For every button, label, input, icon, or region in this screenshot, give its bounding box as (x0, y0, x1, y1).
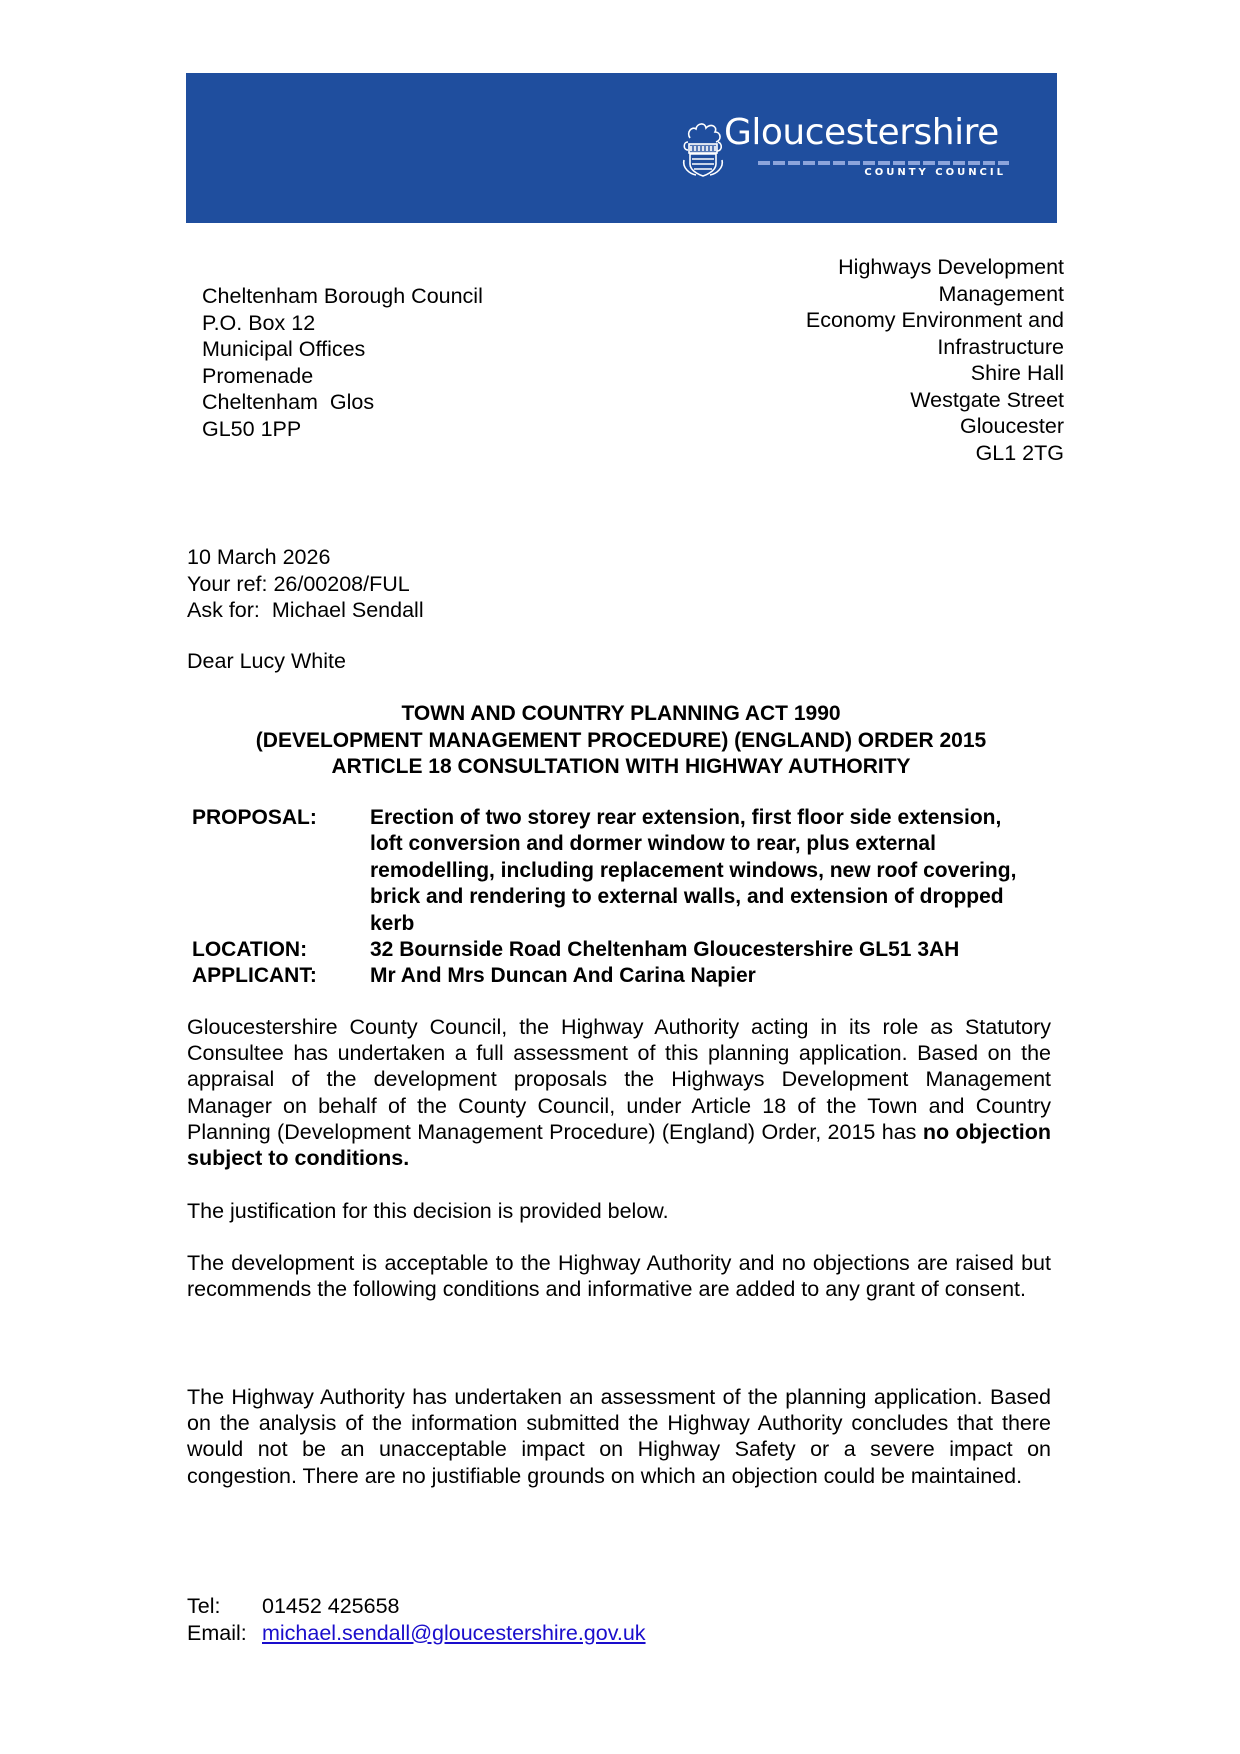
letter-meta: 10 March 2026 Your ref: 26/00208/FUL Ask… (187, 544, 424, 624)
contact-details: Tel: 01452 425658 Email: michael.sendall… (187, 1593, 646, 1646)
contact-person: Ask for: Michael Sendall (187, 597, 424, 624)
detail-row-applicant: APPLICANT: Mr And Mrs Duncan And Carina … (192, 963, 1052, 989)
organisation-subtitle: COUNTY COUNCIL (864, 167, 1006, 178)
recipient-address: Cheltenham Borough Council P.O. Box 12 M… (202, 283, 483, 442)
letter-heading: TOWN AND COUNTRY PLANNING ACT 1990 (DEVE… (186, 701, 1056, 781)
recipient-address-line: Cheltenham Borough Council (202, 283, 483, 310)
detail-row-location: LOCATION: 32 Bournside Road Cheltenham G… (192, 937, 1052, 963)
detail-value: Mr And Mrs Duncan And Carina Napier (370, 963, 1020, 989)
sender-address-line: GL1 2TG (806, 440, 1064, 467)
recipient-address-line: P.O. Box 12 (202, 310, 483, 337)
sender-address-line: Management (806, 281, 1064, 308)
detail-value: 32 Bournside Road Cheltenham Gloucesters… (370, 937, 1020, 963)
letter-date: 10 March 2026 (187, 544, 424, 571)
heading-line: (DEVELOPMENT MANAGEMENT PROCEDURE) (ENGL… (186, 728, 1056, 755)
council-logo: Gloucestershire COUNTY COUNCIL (680, 118, 1010, 180)
detail-label: LOCATION: (192, 937, 370, 963)
sender-address-line: Highways Development (806, 254, 1064, 281)
tel-value: 01452 425658 (262, 1593, 400, 1620)
sender-address-line: Economy Environment and (806, 307, 1064, 334)
county-crest-icon (680, 120, 726, 178)
sender-address-line: Gloucester (806, 413, 1064, 440)
detail-label: PROPOSAL: (192, 805, 370, 937)
organisation-name: Gloucestershire (724, 112, 999, 153)
sender-address-line: Infrastructure (806, 334, 1064, 361)
detail-value: Erection of two storey rear extension, f… (370, 805, 1020, 937)
salutation: Dear Lucy White (187, 648, 346, 675)
logo-dash-bar (758, 161, 1009, 165)
application-details: PROPOSAL: Erection of two storey rear ex… (192, 805, 1052, 990)
recipient-address-line: GL50 1PP (202, 416, 483, 443)
tel-label: Tel: (187, 1593, 262, 1620)
assessment-text: Gloucestershire County Council, the High… (187, 1015, 1051, 1144)
recipient-address-line: Municipal Offices (202, 336, 483, 363)
email-label: Email: (187, 1620, 262, 1647)
recipient-address-line: Cheltenham Glos (202, 389, 483, 416)
recipient-address-line: Promenade (202, 363, 483, 390)
sender-address-line: Shire Hall (806, 360, 1064, 387)
contact-tel: Tel: 01452 425658 (187, 1593, 646, 1620)
body-paragraph-justification: The justification for this decision is p… (187, 1198, 1051, 1224)
body-paragraph-assessment: Gloucestershire County Council, the High… (187, 1014, 1051, 1171)
detail-label: APPLICANT: (192, 963, 370, 989)
detail-row-proposal: PROPOSAL: Erection of two storey rear ex… (192, 805, 1052, 937)
heading-line: TOWN AND COUNTRY PLANNING ACT 1990 (186, 701, 1056, 728)
body-paragraph-acceptance: The development is acceptable to the Hig… (187, 1250, 1051, 1302)
sender-address: Highways Development Management Economy … (806, 254, 1064, 466)
reference-number: Your ref: 26/00208/FUL (187, 571, 424, 598)
heading-line: ARTICLE 18 CONSULTATION WITH HIGHWAY AUT… (186, 754, 1056, 781)
body-paragraph-conclusion: The Highway Authority has undertaken an … (187, 1384, 1051, 1489)
contact-email: Email: michael.sendall@gloucestershire.g… (187, 1620, 646, 1647)
email-link[interactable]: michael.sendall@gloucestershire.gov.uk (262, 1620, 646, 1647)
sender-address-line: Westgate Street (806, 387, 1064, 414)
